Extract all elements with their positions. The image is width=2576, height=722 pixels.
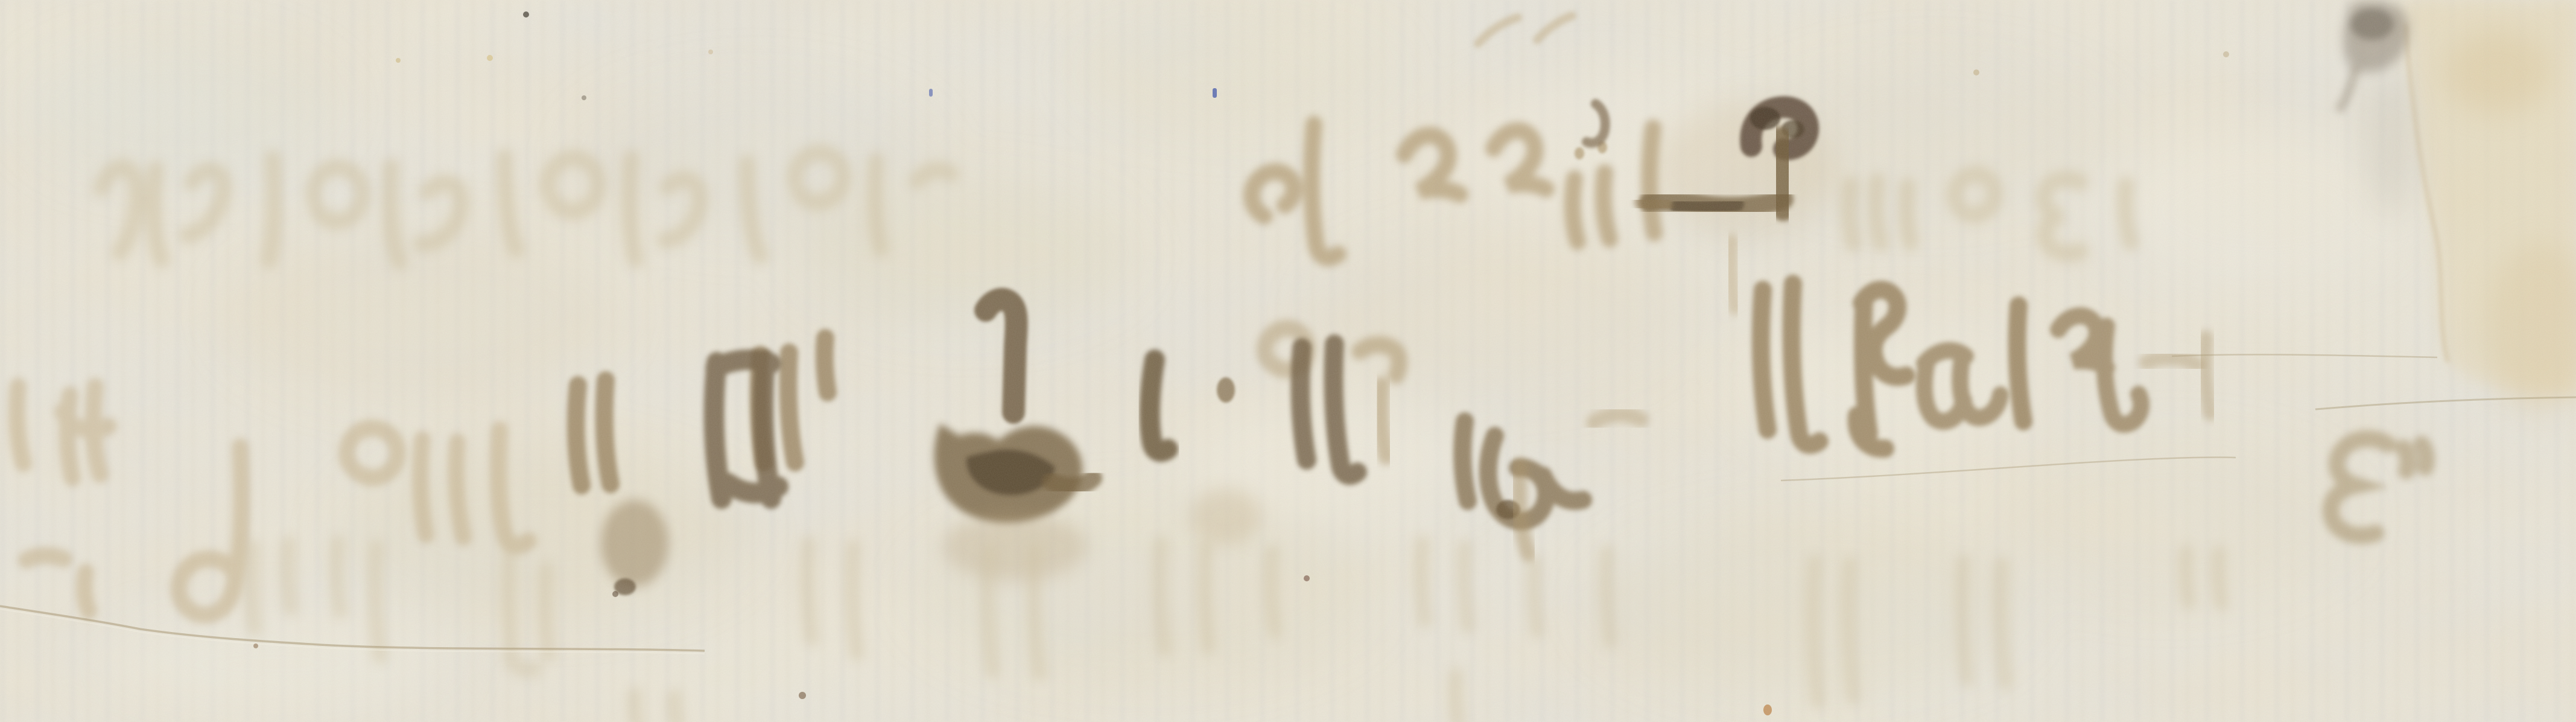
manuscript-scan [0, 0, 2576, 722]
manuscript-canvas [0, 0, 2576, 722]
paper-grain-overlay [0, 0, 2576, 722]
